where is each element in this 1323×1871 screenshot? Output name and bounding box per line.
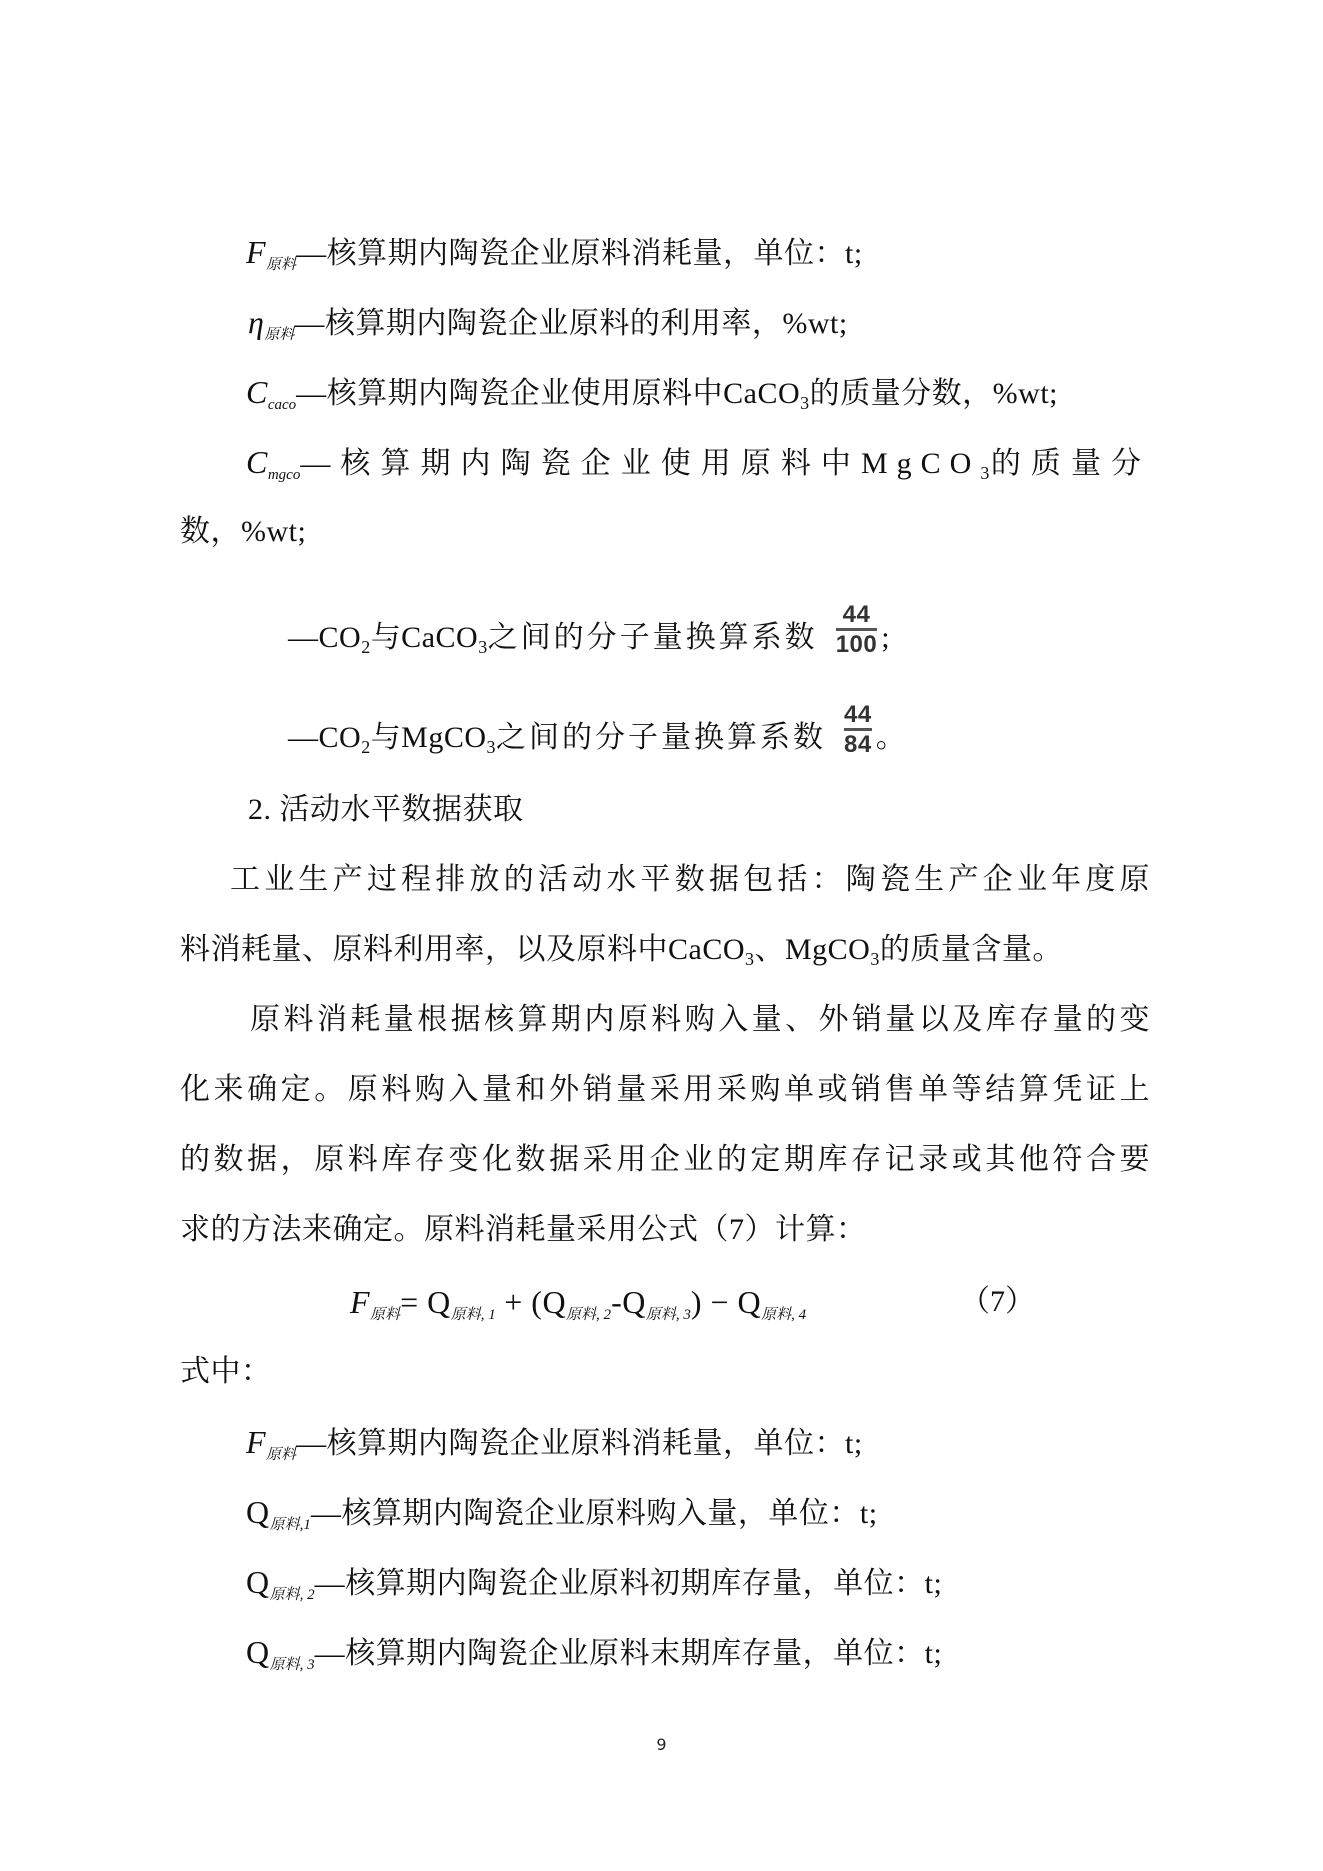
document-page: F原料—核算期内陶瓷企业原料消耗量，单位：t; η原料—核算期内陶瓷企业原料的利… (0, 0, 1323, 1871)
punctuation: ; (881, 621, 890, 654)
chem-subscript: 3 (745, 949, 755, 969)
co2-label: —CO (288, 621, 361, 654)
equation-part: + (Q (496, 1284, 566, 1320)
factor-description: 之间的分子量换算系数 (488, 621, 818, 654)
denominator: 84 (844, 728, 872, 758)
paragraph2-line1: 原料消耗量根据核算期内原料购入量、外销量以及库存量的变 (250, 1000, 1150, 1040)
definition-f-raw-2: F原料—核算期内陶瓷企业原料消耗量，单位：t; (246, 1422, 863, 1475)
chem-subscript: 2 (361, 737, 371, 757)
equation-part: ) − Q (691, 1284, 761, 1320)
definition-text: —核算期内陶瓷企业原料的利用率，%wt; (294, 307, 847, 340)
definition-eta-raw: η原料—核算期内陶瓷企业原料的利用率，%wt; (248, 302, 848, 355)
subscript: 原料 (264, 327, 294, 343)
definition-text: —核算期内陶瓷企业原料末期库存量，单位：t; (315, 1637, 943, 1670)
definition-c-mgco: Cmgco—核算期内陶瓷企业使用原料中MgCO3的质量分 (246, 442, 1150, 495)
chem-subscript: 2 (361, 637, 371, 657)
chem-subscript: 3 (487, 737, 497, 757)
text-segment: 、MgCO (755, 933, 871, 966)
definition-q2: Q原料, 2—核算期内陶瓷企业原料初期库存量，单位：t; (246, 1562, 942, 1615)
equation-part: -Q (611, 1284, 646, 1320)
denominator: 100 (836, 628, 878, 658)
text-segment: 的质量含量。 (880, 933, 1063, 966)
conversion-factor-mgco3: —CO2与MgCO3之间的分子量换算系数 44 84 。 (288, 712, 906, 768)
numerator: 44 (836, 602, 878, 628)
definition-text-end: 的质量分 (990, 447, 1150, 480)
definition-text: —核算期内陶瓷企业原料消耗量，单位：t; (296, 1427, 863, 1460)
compound-label: 与CaCO (371, 621, 479, 654)
paragraph2-line4: 求的方法来确定。原料消耗量采用公式（7）计算： (180, 1210, 867, 1250)
co2-label: —CO (288, 721, 361, 754)
subscript: 原料 (266, 1447, 296, 1463)
chem-subscript: 3 (980, 463, 990, 483)
definition-q1: Q原料,1—核算期内陶瓷企业原料购入量，单位：t; (246, 1492, 878, 1545)
definition-q3: Q原料, 3—核算期内陶瓷企业原料末期库存量，单位：t; (246, 1632, 942, 1685)
conversion-factor-caco3: —CO2与CaCO3之间的分子量换算系数 44 100 ; (288, 612, 890, 668)
subscript: 原料 (266, 257, 296, 273)
subscript: 原料, 2 (270, 1587, 315, 1603)
definition-f-raw: F原料—核算期内陶瓷企业原料消耗量，单位：t; (246, 232, 863, 285)
section-heading: 2. 活动水平数据获取 (248, 790, 524, 830)
symbol-q: Q (246, 1494, 270, 1530)
symbol-q: Q (246, 1564, 270, 1600)
subscript: mgco (268, 467, 301, 483)
punctuation: 。 (876, 721, 907, 754)
chem-subscript: 3 (800, 393, 810, 413)
subscript: 原料,1 (270, 1517, 311, 1533)
definition-text-end: 的质量分数，%wt; (810, 377, 1058, 410)
subscript: 原料, 3 (270, 1657, 315, 1673)
where-label: 式中： (180, 1352, 272, 1392)
definition-c-caco: Ccaco—核算期内陶瓷企业使用原料中CaCO3的质量分数，%wt; (246, 372, 1058, 425)
compound-label: 与MgCO (371, 721, 487, 754)
subscript: 原料, 3 (646, 1307, 691, 1323)
definition-text: —核算期内陶瓷企业原料消耗量，单位：t; (296, 237, 863, 270)
symbol-f: F (350, 1284, 370, 1320)
definition-text: —核算期内陶瓷企业原料购入量，单位：t; (311, 1497, 878, 1530)
definition-text: —核算期内陶瓷企业使用原料中MgCO (300, 447, 980, 480)
equation-number: （7） (960, 1282, 1035, 1322)
paragraph2-line3: 的数据，原料库存变化数据采用企业的定期库存记录或其他符合要 (180, 1140, 1150, 1180)
equation-7: F原料= Q原料, 1 + (Q原料, 2-Q原料, 3) − Q原料, 4 (350, 1282, 806, 1335)
definition-text: —核算期内陶瓷企业原料初期库存量，单位：t; (315, 1567, 943, 1600)
subscript: 原料, 2 (566, 1307, 611, 1323)
symbol-f: F (246, 1424, 266, 1460)
fraction-44-84: 44 84 (844, 702, 872, 758)
page-number: 9 (0, 1735, 1323, 1754)
subscript: caco (268, 397, 296, 413)
chem-subscript: 3 (870, 949, 880, 969)
factor-description: 之间的分子量换算系数 (496, 721, 826, 754)
fraction-44-100: 44 100 (836, 602, 878, 658)
symbol-f: F (246, 234, 266, 270)
symbol-q: Q (246, 1634, 270, 1670)
subscript: 原料, 1 (451, 1307, 496, 1323)
symbol-eta: η (248, 304, 264, 340)
symbol-c: C (246, 374, 268, 410)
text-segment: 料消耗量、原料利用率，以及原料中CaCO (180, 933, 745, 966)
subscript: 原料, 4 (761, 1307, 806, 1323)
subscript: 原料 (370, 1307, 400, 1323)
chem-subscript: 3 (478, 637, 488, 657)
numerator: 44 (844, 702, 872, 728)
paragraph1-line2: 料消耗量、原料利用率，以及原料中CaCO3、MgCO3的质量含量。 (180, 930, 1063, 979)
equation-part: = Q (400, 1284, 451, 1320)
definition-c-mgco-continuation: 数，%wt; (180, 512, 306, 552)
symbol-c: C (246, 444, 268, 480)
definition-text: —核算期内陶瓷企业使用原料中CaCO (296, 377, 800, 410)
paragraph2-line2: 化来确定。原料购入量和外销量采用采购单或销售单等结算凭证上 (180, 1070, 1150, 1110)
paragraph1-line1: 工业生产过程排放的活动水平数据包括：陶瓷生产企业年度原 (230, 860, 1150, 900)
